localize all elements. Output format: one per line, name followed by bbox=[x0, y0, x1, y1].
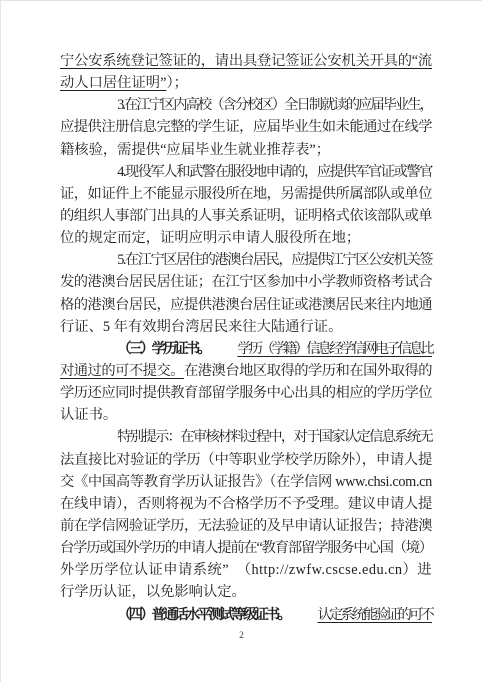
text-segment: 前在学信网验证学历，无法验证的及早申请认证报告；持港澳 bbox=[60, 515, 432, 537]
text-line: 行学历认证，以免影响认定。 bbox=[60, 581, 432, 603]
text-segment: 在线申请），否则将视为不合格学历不予受理。建议申请人提 bbox=[60, 493, 432, 515]
text-line: 动人口居住证明”）； bbox=[60, 72, 432, 94]
text-line: 特别提示：在审核材料过程中，对于国家认定信息系统无 bbox=[60, 426, 432, 448]
text-segment: 法直接比对验证的学历（中等职业学校学历除外），申请人提 bbox=[60, 449, 432, 471]
text-segment: 特别提示：在审核材料过程中，对于国家认定信息系统无 bbox=[89, 426, 432, 448]
text-line: 在线申请），否则将视为不合格学历不予受理。建议申请人提 bbox=[60, 493, 432, 515]
page-number: 2 bbox=[1, 631, 482, 641]
text-line: 发的港澳台居民居住证；在江宁区参加中小学教师资格考试合 bbox=[60, 271, 432, 293]
underlined-segment: 认定系统能验证的可不 bbox=[289, 604, 432, 626]
text-line: 3.在江宁区内高校（含分校区）全日制就读的应届毕业生， bbox=[60, 94, 432, 116]
text-line: 行证、5 年有效期台湾居民来往大陆通行证。 bbox=[60, 316, 432, 338]
text-line: 外学历学位认证申请系统” （http://zwfw.cscse.edu.cn）进 bbox=[60, 559, 432, 581]
text-line: 格的港澳台居民，应提供港澳台居住证或港澳居民来往内地通 bbox=[60, 294, 432, 316]
text-segment: 的组织人事部门出具的人事关系证明，证明格式依该部队或单 bbox=[60, 205, 432, 227]
text-line: 台学历或国外学历的申请人提前在“教育部留学服务中心国（境） bbox=[60, 537, 432, 559]
text-segment: 格的港澳台居民，应提供港澳台居住证或港澳居民来往内地通 bbox=[60, 294, 432, 316]
heading-segment: （三）学历证书。 bbox=[89, 338, 209, 360]
text-segment: 学历还应同时提供教育部留学服务中心出具的相应的学历学位 bbox=[60, 382, 432, 404]
text-segment: 在港澳台地区取得的学历和在国外取得的 bbox=[184, 360, 432, 382]
text-segment: 5.在江宁区居住的港澳台居民，应提供江宁区公安机关签 bbox=[89, 249, 432, 271]
text-line: 对通过的可不提交。在港澳台地区取得的学历和在国外取得的 bbox=[60, 360, 432, 382]
text-line: 宁公安系统登记签证的，请出具登记签证公安机关开具的“流 bbox=[60, 50, 432, 72]
text-line: 认证书。 bbox=[60, 404, 432, 426]
text-segment: 4.现役军人和武警在服役地申请的，应提供军官证或警官 bbox=[89, 161, 432, 183]
underlined-segment: 对通过的可不提交。 bbox=[60, 360, 184, 382]
text-segment: 交《中国高等教育学历认证报告》（在学信网 www.chsi.com.cn bbox=[60, 471, 432, 493]
text-segment: 籍核验，需提供“应届毕业生就业推荐表”； bbox=[60, 139, 330, 161]
text-segment: 发的港澳台居民居住证；在江宁区参加中小学教师资格考试合 bbox=[60, 271, 432, 293]
text-segment: ）； bbox=[166, 72, 187, 94]
text-segment: 证，如证件上不能显示服役所在地，另需提供所属部队或单位 bbox=[60, 183, 432, 205]
text-line: 4.现役军人和武警在服役地申请的，应提供军官证或警官 bbox=[60, 161, 432, 183]
text-line: 学历还应同时提供教育部留学服务中心出具的相应的学历学位 bbox=[60, 382, 432, 404]
text-line: （三）学历证书。学历（学籍）信息经学信网电子信息比 bbox=[60, 338, 432, 360]
text-segment: 认证书。 bbox=[60, 404, 117, 426]
text-segment: 3.在江宁区内高校（含分校区）全日制就读的应届毕业生， bbox=[89, 94, 432, 116]
text-line: 交《中国高等教育学历认证报告》（在学信网 www.chsi.com.cn bbox=[60, 471, 432, 493]
text-segment: 外学历学位认证申请系统” （http://zwfw.cscse.edu.cn）进 bbox=[60, 559, 432, 581]
document-page: 宁公安系统登记签证的，请出具登记签证公安机关开具的“流动人口居住证明”）；3.在… bbox=[0, 0, 482, 682]
text-line: 位的规定而定，证明应明示申请人服役所在地； bbox=[60, 227, 432, 249]
text-segment: 行学历认证，以免影响认定。 bbox=[60, 581, 246, 603]
text-segment: 位的规定而定，证明应明示申请人服役所在地； bbox=[60, 227, 360, 249]
text-line: 5.在江宁区居住的港澳台居民，应提供江宁区公安机关签 bbox=[60, 249, 432, 271]
text-line: （四）普通话水平测试等级证书。认定系统能验证的可不 bbox=[60, 604, 432, 626]
text-line: 应提供注册信息完整的学生证，应届毕业生如未能通过在线学 bbox=[60, 116, 432, 138]
text-line: 前在学信网验证学历，无法验证的及早申请认证报告；持港澳 bbox=[60, 515, 432, 537]
text-line: 的组织人事部门出具的人事关系证明，证明格式依该部队或单 bbox=[60, 205, 432, 227]
text-line: 法直接比对验证的学历（中等职业学校学历除外），申请人提 bbox=[60, 449, 432, 471]
text-segment: 行证、5 年有效期台湾居民来往大陆通行证。 bbox=[60, 316, 342, 338]
text-line: 籍核验，需提供“应届毕业生就业推荐表”； bbox=[60, 139, 432, 161]
heading-segment: （四）普通话水平测试等级证书。 bbox=[89, 604, 289, 626]
underlined-segment: 宁公安系统登记签证的，请出具登记签证公安机关开具的“流 bbox=[60, 50, 432, 72]
text-segment: 台学历或国外学历的申请人提前在“教育部留学服务中心国（境） bbox=[60, 537, 432, 559]
underlined-segment: 学历（学籍）信息经学信网电子信息比 bbox=[209, 338, 432, 360]
document-body: 宁公安系统登记签证的，请出具登记签证公安机关开具的“流动人口居住证明”）；3.在… bbox=[60, 50, 432, 626]
text-line: 证，如证件上不能显示服役所在地，另需提供所属部队或单位 bbox=[60, 183, 432, 205]
text-segment: 应提供注册信息完整的学生证，应届毕业生如未能通过在线学 bbox=[60, 116, 432, 138]
underlined-segment: 动人口居住证明” bbox=[60, 72, 166, 94]
